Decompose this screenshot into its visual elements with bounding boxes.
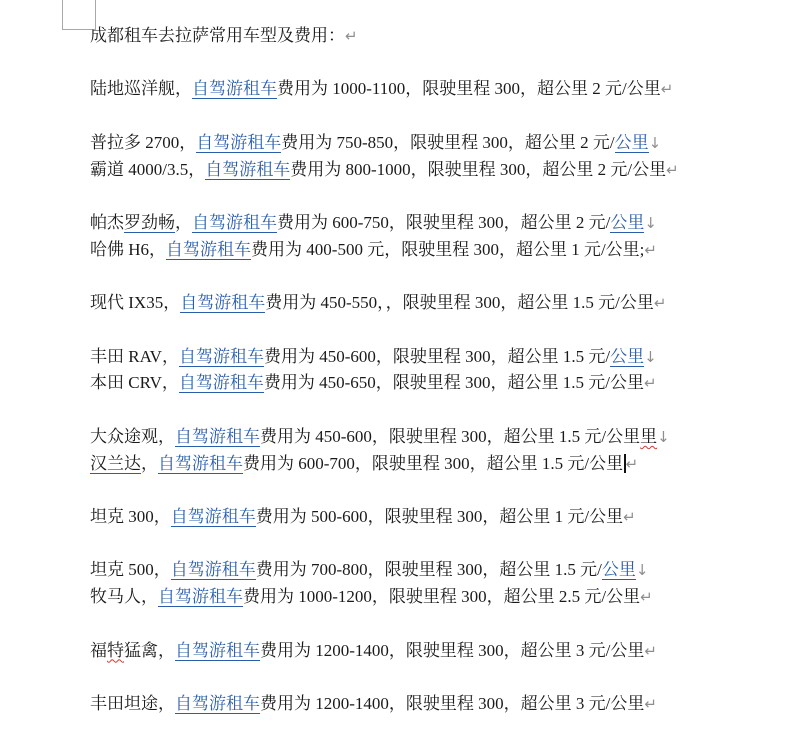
blank-line [90,397,679,424]
body-text: 现代 IX35， [90,293,180,312]
line-break-mark-icon: ↓ [657,428,670,446]
text-line: 成都租车去拉萨常用车型及费用：↵ [90,23,679,50]
text-line: 坦克 300，自驾游租车费用为 500-600，限驶里程 300，超公里 1 元… [90,504,679,531]
blank-line [90,611,679,638]
hyperlink[interactable]: 自驾游租车 [179,347,264,367]
text-line: 汉兰达，自驾游租车费用为 600-700，限驶里程 300，超公里 1.5 元/… [90,451,679,478]
misspelled-text: 特 [107,641,124,660]
body-text: 陆地巡洋舰， [90,79,192,98]
blank-line [90,50,679,77]
body-text: 大众途观， [90,427,175,446]
body-text: 成都租车去拉萨常用车型及费用： [90,26,345,45]
text-line: 坦克 500，自驾游租车费用为 700-800，限驶里程 300，超公里 1.5… [90,557,679,584]
body-text: 费用为 450-550，，限驶里程 300，超公里 1.5 元/公里 [265,293,654,312]
body-text: 费用为 400-500 元，限驶里程 300，超公里 1 元/公里; [251,240,644,259]
body-text: 费用为 1200-1400，限驶里程 300，超公里 3 元/公里 [260,694,644,713]
paragraph-mark-icon: ↵ [661,80,674,98]
body-text: 费用为 450-600，限驶里程 300，超公里 1.5 元/ [264,347,610,366]
body-text: 帕杰 [90,213,124,232]
hyperlink[interactable]: 自驾游租车 [192,213,277,233]
body-text: 费用为 500-600，限驶里程 300，超公里 1 元/公里 [256,507,623,526]
body-text: 猛禽， [124,641,175,660]
text-line: 福特猛禽，自驾游租车费用为 1200-1400，限驶里程 300，超公里 3 元… [90,638,679,665]
paragraph-mark-icon: ↵ [345,27,358,45]
hyperlink[interactable]: 公里 [610,213,644,233]
paragraph-mark-icon: ↵ [644,695,657,713]
body-text: 费用为 600-750，限驶里程 300，超公里 2 元/ [277,213,610,232]
body-text: 哈佛 H6， [90,240,166,259]
body-text: 坦克 300， [90,507,171,526]
body-text: 费用为 1000-1100，限驶里程 300，超公里 2 元/公里 [277,79,661,98]
body-text: 丰田坦途， [90,694,175,713]
body-text: 费用为 700-800，限驶里程 300，超公里 1.5 元/ [256,560,602,579]
body-text: 霸道 4000/3.5， [90,160,205,179]
text-line: 牧马人，自驾游租车费用为 1000-1200，限驶里程 300，超公里 2.5 … [90,584,679,611]
paragraph-mark-icon: ↵ [654,294,667,312]
body-text: 普拉多 2700， [90,133,196,152]
line-break-mark-icon: ↓ [644,214,657,232]
hyperlink[interactable]: 自驾游租车 [175,427,260,447]
hyperlink[interactable]: 自驾游租车 [205,160,290,180]
blank-line [90,477,679,504]
hyperlink[interactable]: 自驾游租车 [158,454,243,474]
body-text: 坦克 500， [90,560,171,579]
paragraph-mark-icon: ↵ [626,455,639,473]
text-line: 丰田 RAV，自驾游租车费用为 450-600，限驶里程 300，超公里 1.5… [90,344,679,371]
paragraph-mark-icon: ↵ [623,508,636,526]
body-text: 牧马人， [90,587,158,606]
body-text: 本田 CRV， [90,373,179,392]
body-text: 费用为 1200-1400，限驶里程 300，超公里 3 元/公里 [260,641,644,660]
underlined-text[interactable]: 罗劲畅 [124,213,175,233]
document-page: 成都租车去拉萨常用车型及费用：↵陆地巡洋舰，自驾游租车费用为 1000-1100… [0,0,796,733]
blank-line [90,103,679,130]
body-text: ， [175,213,192,232]
underlined-text[interactable]: 汉兰达 [90,454,141,474]
hyperlink[interactable]: 自驾游租车 [171,507,256,527]
blank-line [90,664,679,691]
body-text: ， [141,454,158,473]
hyperlink[interactable]: 自驾游租车 [171,560,256,580]
hyperlink[interactable]: 自驾游租车 [180,293,265,313]
body-text: 福 [90,641,107,660]
blank-line [90,183,679,210]
hyperlink[interactable]: 自驾游租车 [166,240,251,260]
paragraph-mark-icon: ↵ [666,161,679,179]
hyperlink[interactable]: 公里 [615,133,649,153]
text-line: 陆地巡洋舰，自驾游租车费用为 1000-1100，限驶里程 300，超公里 2 … [90,76,679,103]
blank-line [90,531,679,558]
body-text: 费用为 1000-1200，限驶里程 300，超公里 2.5 元/公里 [243,587,640,606]
body-text: 费用为 600-700，限驶里程 300，超公里 1.5 元/公里 [243,454,623,473]
paragraph-mark-icon: ↵ [644,374,657,392]
text-line: 丰田坦途，自驾游租车费用为 1200-1400，限驶里程 300，超公里 3 元… [90,691,679,718]
paragraph-mark-icon: ↵ [644,642,657,660]
line-break-mark-icon: ↓ [636,561,649,579]
text-line: 帕杰罗劲畅，自驾游租车费用为 600-750，限驶里程 300，超公里 2 元/… [90,210,679,237]
body-text: 费用为 800-1000，限驶里程 300，超公里 2 元/公里 [290,160,666,179]
text-line: 哈佛 H6，自驾游租车费用为 400-500 元，限驶里程 300，超公里 1 … [90,237,679,264]
line-break-mark-icon: ↓ [649,134,662,152]
body-text: 费用为 450-600，限驶里程 300，超公里 1.5 元/公里 [260,427,640,446]
blank-line [90,317,679,344]
misspelled-text: 里 [640,427,657,446]
body-text: 费用为 750-850，限驶里程 300，超公里 2 元/ [281,133,614,152]
text-line: 霸道 4000/3.5，自驾游租车费用为 800-1000，限驶里程 300，超… [90,157,679,184]
text-line: 大众途观，自驾游租车费用为 450-600，限驶里程 300，超公里 1.5 元… [90,424,679,451]
paragraph-mark-icon: ↵ [644,241,657,259]
body-text: 费用为 450-650，限驶里程 300，超公里 1.5 元/公里 [264,373,644,392]
text-line: 现代 IX35，自驾游租车费用为 450-550，，限驶里程 300，超公里 1… [90,290,679,317]
hyperlink[interactable]: 自驾游租车 [179,373,264,393]
hyperlink[interactable]: 自驾游租车 [158,587,243,607]
hyperlink[interactable]: 自驾游租车 [175,694,260,714]
body-text: 丰田 RAV， [90,347,179,366]
text-line: 本田 CRV，自驾游租车费用为 450-650，限驶里程 300，超公里 1.5… [90,370,679,397]
blank-line [90,263,679,290]
hyperlink[interactable]: 自驾游租车 [192,79,277,99]
hyperlink[interactable]: 自驾游租车 [175,641,260,661]
text-line: 普拉多 2700，自驾游租车费用为 750-850，限驶里程 300，超公里 2… [90,130,679,157]
hyperlink[interactable]: 自驾游租车 [196,133,281,153]
document-text[interactable]: 成都租车去拉萨常用车型及费用：↵陆地巡洋舰，自驾游租车费用为 1000-1100… [90,23,679,718]
hyperlink[interactable]: 公里 [602,560,636,580]
line-break-mark-icon: ↓ [644,348,657,366]
paragraph-mark-icon: ↵ [640,588,653,606]
hyperlink[interactable]: 公里 [610,347,644,367]
